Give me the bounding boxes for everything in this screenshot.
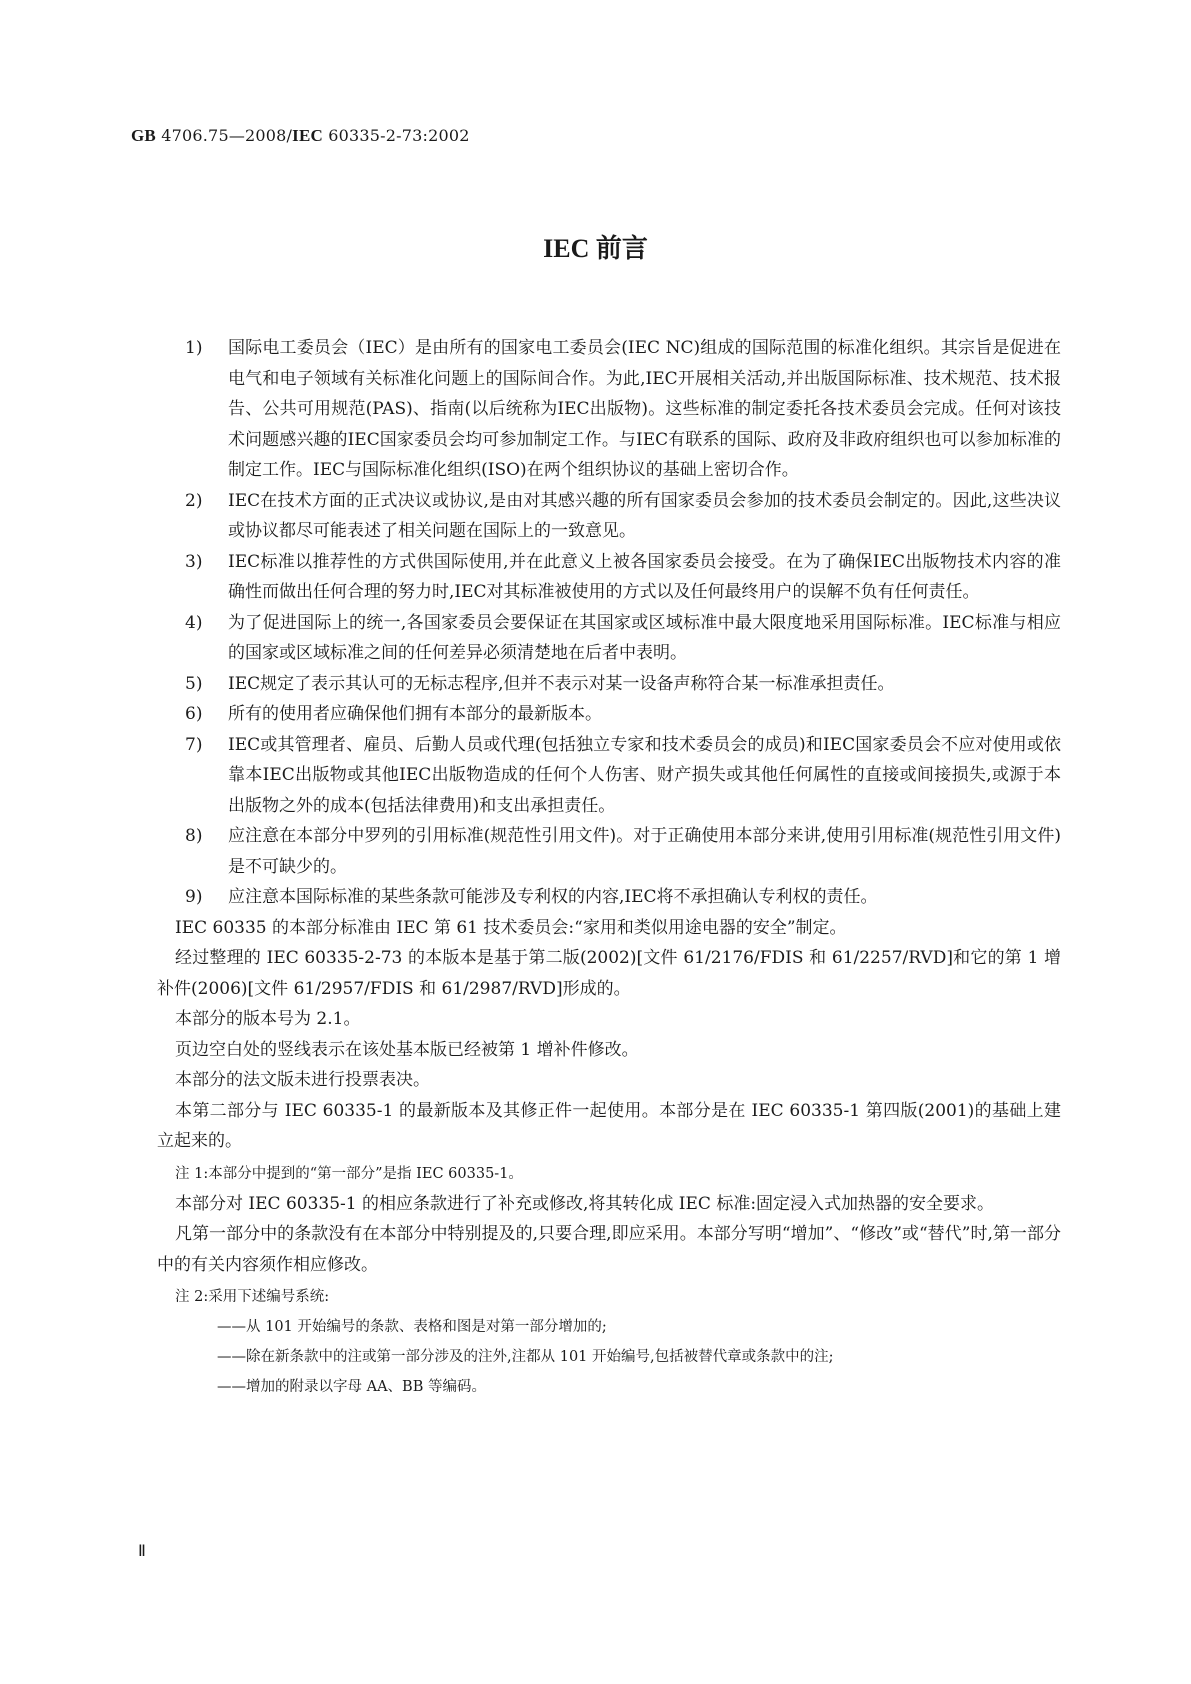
gb-number: 4706.75—2008/ (156, 126, 292, 145)
paragraph: 本部分对 IEC 60335-1 的相应条款进行了补充或修改,将其转化成 IEC… (157, 1189, 1061, 1220)
document-body: 1)国际电工委员会（IEC）是由所有的国家电工委员会(IEC NC)组成的国际范… (157, 333, 1061, 1402)
iec-number: 60335-2-73:2002 (323, 126, 470, 145)
item-text: 应注意本国际标准的某些条款可能涉及专利权的内容,IEC将不承担确认专利权的责任。 (228, 882, 1061, 913)
item-text: 为了促进国际上的统一,各国家委员会要保证在其国家或区域标准中最大限度地采用国际标… (228, 608, 1061, 669)
note-1: 注 1:本部分中提到的“第一部分”是指 IEC 60335-1。 (157, 1159, 1061, 1189)
note-2-label: 注 2:采用下述编号系统: (157, 1282, 1061, 1312)
item-number: 8) (157, 821, 228, 882)
list-item: 9)应注意本国际标准的某些条款可能涉及专利权的内容,IEC将不承担确认专利权的责… (157, 882, 1061, 913)
list-item: 5)IEC规定了表示其认可的无标志程序,但并不表示对某一设备声称符合某一标准承担… (157, 669, 1061, 700)
item-number: 5) (157, 669, 228, 700)
paragraph: 凡第一部分中的条款没有在本部分中特别提及的,只要合理,即应采用。本部分写明“增加… (157, 1219, 1061, 1280)
paragraph: IEC 60335 的本部分标准由 IEC 第 61 技术委员会:“家用和类似用… (157, 913, 1061, 944)
page-number: Ⅱ (138, 1541, 146, 1561)
item-number: 4) (157, 608, 228, 669)
paragraph: 本部分的法文版未进行投票表决。 (157, 1065, 1061, 1096)
note-2-dash-item: ——除在新条款中的注或第一部分涉及的注外,注都从 101 开始编号,包括被替代章… (157, 1342, 1061, 1372)
item-text: 应注意在本部分中罗列的引用标准(规范性引用文件)。对于正确使用本部分来讲,使用引… (228, 821, 1061, 882)
list-item: 6)所有的使用者应确保他们拥有本部分的最新版本。 (157, 699, 1061, 730)
item-number: 7) (157, 730, 228, 822)
note-2-dash-item: ——增加的附录以字母 AA、BB 等编码。 (157, 1372, 1061, 1402)
list-item: 4)为了促进国际上的统一,各国家委员会要保证在其国家或区域标准中最大限度地采用国… (157, 608, 1061, 669)
item-text: 国际电工委员会（IEC）是由所有的国家电工委员会(IEC NC)组成的国际范围的… (228, 333, 1061, 486)
item-number: 1) (157, 333, 228, 486)
note-2-dash-item: ——从 101 开始编号的条款、表格和图是对第一部分增加的; (157, 1312, 1061, 1342)
paragraph: 经过整理的 IEC 60335-2-73 的本版本是基于第二版(2002)[文件… (157, 943, 1061, 1004)
document-header: GB 4706.75—2008/IEC 60335-2-73:2002 (131, 126, 470, 146)
list-item: 3)IEC标准以推荐性的方式供国际使用,并在此意义上被各国家委员会接受。在为了确… (157, 547, 1061, 608)
paragraph: 本部分的版本号为 2.1。 (157, 1004, 1061, 1035)
paragraph: 本第二部分与 IEC 60335-1 的最新版本及其修正件一起使用。本部分是在 … (157, 1096, 1061, 1157)
item-text: IEC或其管理者、雇员、后勤人员或代理(包括独立专家和技术委员会的成员)和IEC… (228, 730, 1061, 822)
page-title: IEC 前言 (0, 228, 1191, 265)
list-item: 1)国际电工委员会（IEC）是由所有的国家电工委员会(IEC NC)组成的国际范… (157, 333, 1061, 486)
item-number: 2) (157, 486, 228, 547)
item-number: 6) (157, 699, 228, 730)
list-item: 2)IEC在技术方面的正式决议或协议,是由对其感兴趣的所有国家委员会参加的技术委… (157, 486, 1061, 547)
list-item: 7)IEC或其管理者、雇员、后勤人员或代理(包括独立专家和技术委员会的成员)和I… (157, 730, 1061, 822)
iec-prefix: IEC (292, 126, 323, 145)
item-number: 3) (157, 547, 228, 608)
item-text: 所有的使用者应确保他们拥有本部分的最新版本。 (228, 699, 1061, 730)
gb-prefix: GB (131, 126, 156, 145)
paragraph: 页边空白处的竖线表示在该处基本版已经被第 1 增补件修改。 (157, 1035, 1061, 1066)
item-text: IEC规定了表示其认可的无标志程序,但并不表示对某一设备声称符合某一标准承担责任… (228, 669, 1061, 700)
item-text: IEC在技术方面的正式决议或协议,是由对其感兴趣的所有国家委员会参加的技术委员会… (228, 486, 1061, 547)
item-text: IEC标准以推荐性的方式供国际使用,并在此意义上被各国家委员会接受。在为了确保I… (228, 547, 1061, 608)
list-item: 8)应注意在本部分中罗列的引用标准(规范性引用文件)。对于正确使用本部分来讲,使… (157, 821, 1061, 882)
item-number: 9) (157, 882, 228, 913)
